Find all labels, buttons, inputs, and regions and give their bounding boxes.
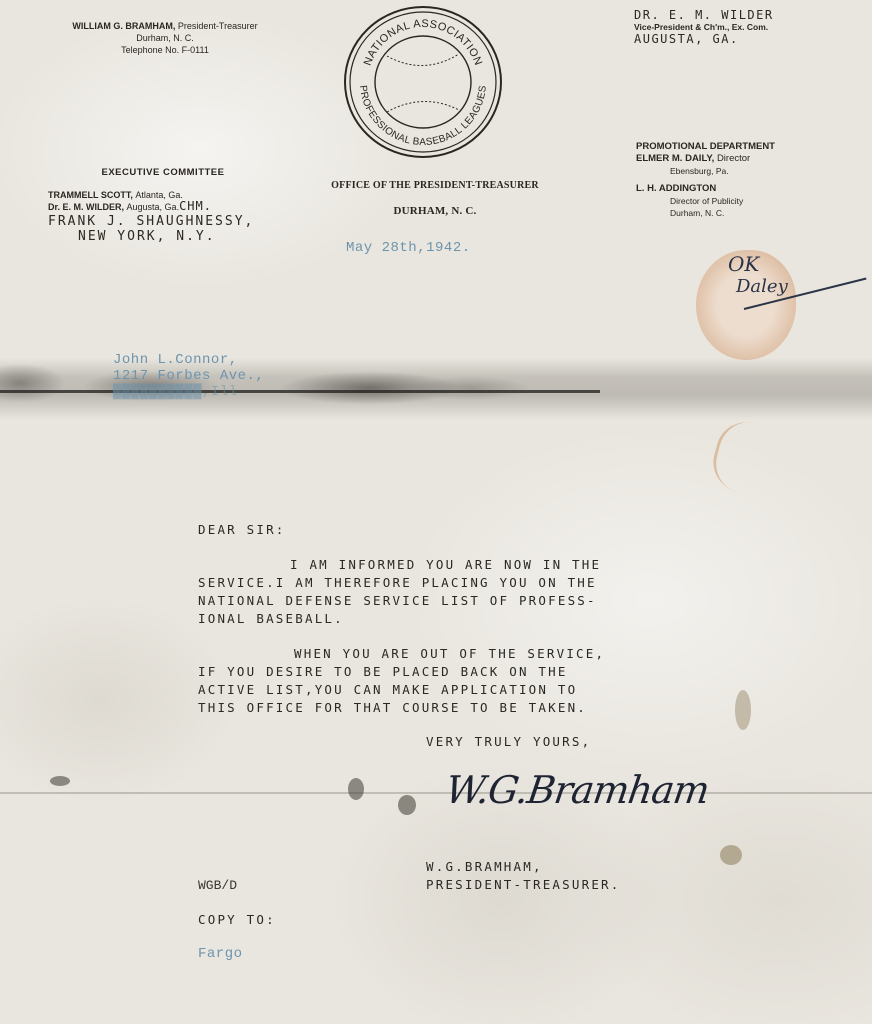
typed-chairman: CHM.: [179, 199, 212, 213]
publicity-title: Director of Publicity: [636, 195, 866, 207]
rust-stain-streak: [707, 416, 767, 495]
fold-crease-dark: [0, 390, 600, 393]
vp-name: DR. E. M. WILDER: [634, 8, 864, 22]
vp-title: Vice-President & Ch'm., Ex. Com.: [634, 22, 864, 32]
president-telephone: Telephone No. F-0111: [40, 44, 290, 56]
office-city: DURHAM, N. C.: [300, 205, 570, 217]
baseball-league-seal: NATIONAL ASSOCIATION PROFESSIONAL BASEBA…: [342, 4, 504, 160]
executive-committee-heading: EXECUTIVE COMMITTEE: [48, 167, 278, 178]
office-block: OFFICE OF THE PRESIDENT-TREASURER DURHAM…: [300, 180, 570, 217]
promo-director-city: Ebensburg, Pa.: [636, 165, 866, 177]
fold-crease: [0, 792, 872, 794]
copy-to-recipient: Fargo: [198, 946, 243, 962]
letter-date: May 28th,1942.: [346, 240, 471, 256]
president-city: Durham, N. C.: [40, 32, 290, 44]
typed-committee-name: FRANK J. SHAUGHNESSY,: [48, 214, 298, 229]
closing: VERY TRULY YOURS,: [426, 734, 591, 749]
salutation: DEAR SIR:: [198, 522, 286, 537]
copy-to-label: COPY TO:: [198, 912, 276, 927]
recipient-city: ██████████,Ill: [113, 384, 264, 400]
president-block: WILLIAM G. BRAMHAM, President-Treasurer …: [40, 20, 290, 56]
office-title: OFFICE OF THE PRESIDENT-TREASURER: [300, 180, 570, 191]
publicity-name: L. H. ADDINGTON: [636, 183, 866, 195]
typist-initials: WGB/D: [198, 878, 237, 893]
committee-member: Dr. E. M. WILDER, Augusta, Ga.CHM.: [48, 201, 298, 213]
body-paragraph-1: I AM INFORMED YOU ARE NOW IN THE SERVICE…: [198, 556, 601, 628]
promo-director-name: ELMER M. DAILY,: [636, 153, 714, 164]
ink-speck: [50, 776, 70, 786]
handwritten-ok: OK: [728, 252, 759, 276]
promo-director-title: Director: [717, 153, 750, 164]
recipient-address: John L.Connor, 1217 Forbes Ave., ███████…: [113, 352, 264, 400]
executive-committee: EXECUTIVE COMMITTEE TRAMMELL SCOTT, Atla…: [48, 167, 298, 244]
promotional-department: PROMOTIONAL DEPARTMENT ELMER M. DAILY, D…: [636, 141, 866, 219]
signer-name: W.G.BRAMHAM,: [426, 858, 621, 876]
ink-speck: [735, 690, 751, 730]
signer-title: PRESIDENT-TREASURER.: [426, 876, 621, 894]
vice-president-block: DR. E. M. WILDER Vice-President & Ch'm.,…: [634, 8, 864, 46]
publicity-city: Durham, N. C.: [636, 207, 866, 219]
vp-city: AUGUSTA, GA.: [634, 32, 864, 46]
typed-committee-city: NEW YORK, N.Y.: [48, 229, 298, 244]
president-title: President-Treasurer: [178, 21, 258, 31]
promotional-heading: PROMOTIONAL DEPARTMENT: [636, 141, 866, 153]
recipient-name: John L.Connor,: [113, 352, 264, 368]
handwritten-initials: Daley: [736, 276, 788, 297]
handwritten-signature: W.G.Bramham: [443, 768, 712, 812]
body-paragraph-2: WHEN YOU ARE OUT OF THE SERVICE, IF YOU …: [198, 645, 605, 717]
committee-member: TRAMMELL SCOTT, Atlanta, Ga.: [48, 190, 298, 201]
president-name: WILLIAM G. BRAMHAM,: [72, 21, 175, 31]
ink-speck: [720, 845, 742, 865]
typed-signature-block: W.G.BRAMHAM, PRESIDENT-TREASURER.: [426, 858, 621, 894]
recipient-street: 1217 Forbes Ave.,: [113, 368, 264, 384]
ink-speck: [348, 778, 364, 800]
ink-speck: [398, 795, 416, 815]
